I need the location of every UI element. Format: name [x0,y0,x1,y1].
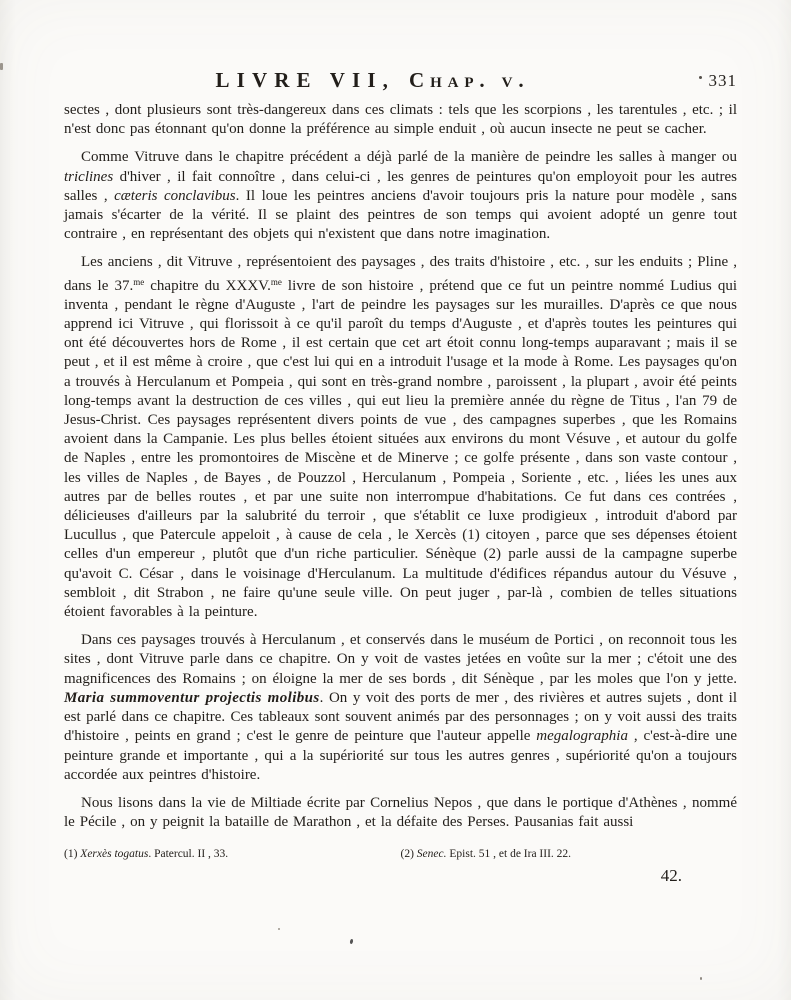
scan-speck [699,76,702,79]
footnote-2: (2) Senec. Epist. 51 , et de Ira III. 22… [401,847,738,862]
paragraph: Les anciens , dit Vitruve , représentoie… [64,253,737,622]
footnotes: (1) Xerxès togatus. Patercul. II , 33. (… [64,847,737,862]
scan-speck [700,977,702,980]
scan-speck [0,63,3,70]
chapter-title: Chap. v. [409,68,529,92]
text-block: sectes , dont plusieurs sont très-danger… [64,101,737,886]
book-title: LIVRE VII, [215,68,395,92]
paragraph: Dans ces paysages trouvés à Herculanum ,… [64,631,737,785]
scan-speck [350,939,354,945]
scanned-book-page: LIVRE VII,Chap. v. 331 sectes , dont plu… [0,0,791,1000]
signature-mark: 42. [64,866,682,886]
paragraph: Nous lisons dans la vie de Miltiade écri… [64,794,737,832]
paragraph: sectes , dont plusieurs sont très-danger… [64,101,737,139]
page-number: 331 [709,71,738,91]
paragraph: Comme Vitruve dans le chapitre précédent… [64,148,737,244]
running-title: LIVRE VII,Chap. v. [64,68,681,93]
scan-speck [278,928,280,930]
footnote-1: (1) Xerxès togatus. Patercul. II , 33. [64,847,401,862]
